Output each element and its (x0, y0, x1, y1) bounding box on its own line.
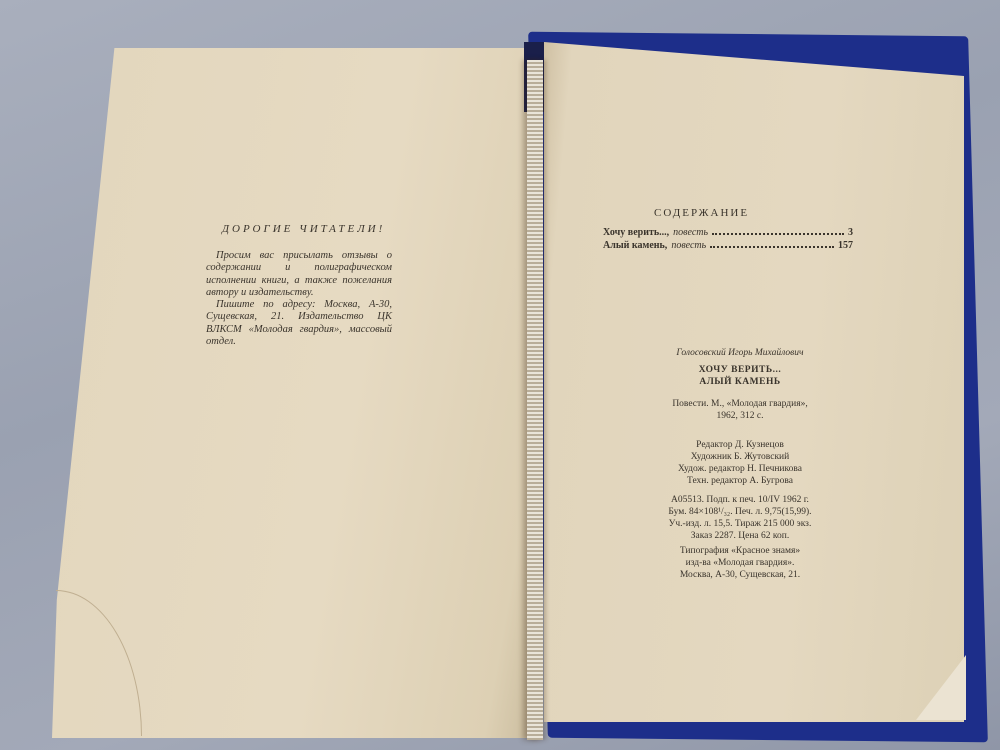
toc-entry-title: Хочу верить..., (603, 226, 669, 239)
book-spine-stitching (527, 60, 543, 740)
technical-line: Бум. 84×108¹/₃₂. Печ. л. 9,75(15,99). (600, 506, 880, 518)
credit-line: Художник Б. Жутовский (600, 451, 880, 463)
technical-line: А05513. Подп. к печ. 10/IV 1962 г. (600, 494, 880, 506)
technical-line: Уч.-изд. л. 15,5. Тираж 215 000 экз. (600, 518, 880, 530)
technical-info: А05513. Подп. к печ. 10/IV 1962 г. Бум. … (600, 494, 880, 542)
printer-info: Типография «Красное знамя» изд-ва «Молод… (600, 545, 880, 581)
toc-leader-dots (710, 246, 834, 248)
left-page (52, 48, 532, 738)
publication-info: Повести. М., «Молодая гвардия», 1962, 31… (600, 398, 880, 422)
credit-line: Редактор Д. Кузнецов (600, 439, 880, 451)
technical-line: Заказ 2287. Цена 62 коп. (600, 530, 880, 542)
table-of-contents: Хочу верить..., повесть 3 Алый камень, п… (603, 226, 853, 252)
address-paragraph: Пишите по адресу: Москва, А-30, Сущевска… (206, 299, 392, 348)
book-titles: ХОЧУ ВЕРИТЬ... АЛЫЙ КАМЕНЬ (600, 364, 880, 388)
printer-line: Москва, А-30, Сущевская, 21. (600, 569, 880, 581)
toc-entry-genre: повесть (673, 226, 708, 239)
credits: Редактор Д. Кузнецов Художник Б. Жутовск… (600, 439, 880, 487)
toc-leader-dots (712, 233, 844, 235)
toc-entry: Алый камень, повесть 157 (603, 239, 853, 252)
publication-line: Повести. М., «Молодая гвардия», (600, 398, 880, 410)
readers-heading: ДОРОГИЕ ЧИТАТЕЛИ! (222, 223, 385, 235)
author-name: Голосовский Игорь Михайлович (600, 347, 880, 359)
toc-entry-page: 157 (838, 239, 853, 252)
readers-message: Просим вас присылать отзывы о содержании… (206, 250, 392, 348)
toc-title: СОДЕРЖАНИЕ (654, 207, 749, 219)
toc-entry-genre: повесть (671, 239, 706, 252)
toc-entry-page: 3 (848, 226, 853, 239)
printer-line: изд-ва «Молодая гвардия». (600, 557, 880, 569)
book-title: АЛЫЙ КАМЕНЬ (600, 376, 880, 388)
publication-line: 1962, 312 с. (600, 410, 880, 422)
toc-entry: Хочу верить..., повесть 3 (603, 226, 853, 239)
printer-line: Типография «Красное знамя» (600, 545, 880, 557)
credit-line: Худож. редактор Н. Печникова (600, 463, 880, 475)
message-paragraph: Просим вас присылать отзывы о содержании… (206, 250, 392, 299)
book-title: ХОЧУ ВЕРИТЬ... (600, 364, 880, 376)
toc-entry-title: Алый камень, (603, 239, 667, 252)
credit-line: Техн. редактор А. Бугрова (600, 475, 880, 487)
